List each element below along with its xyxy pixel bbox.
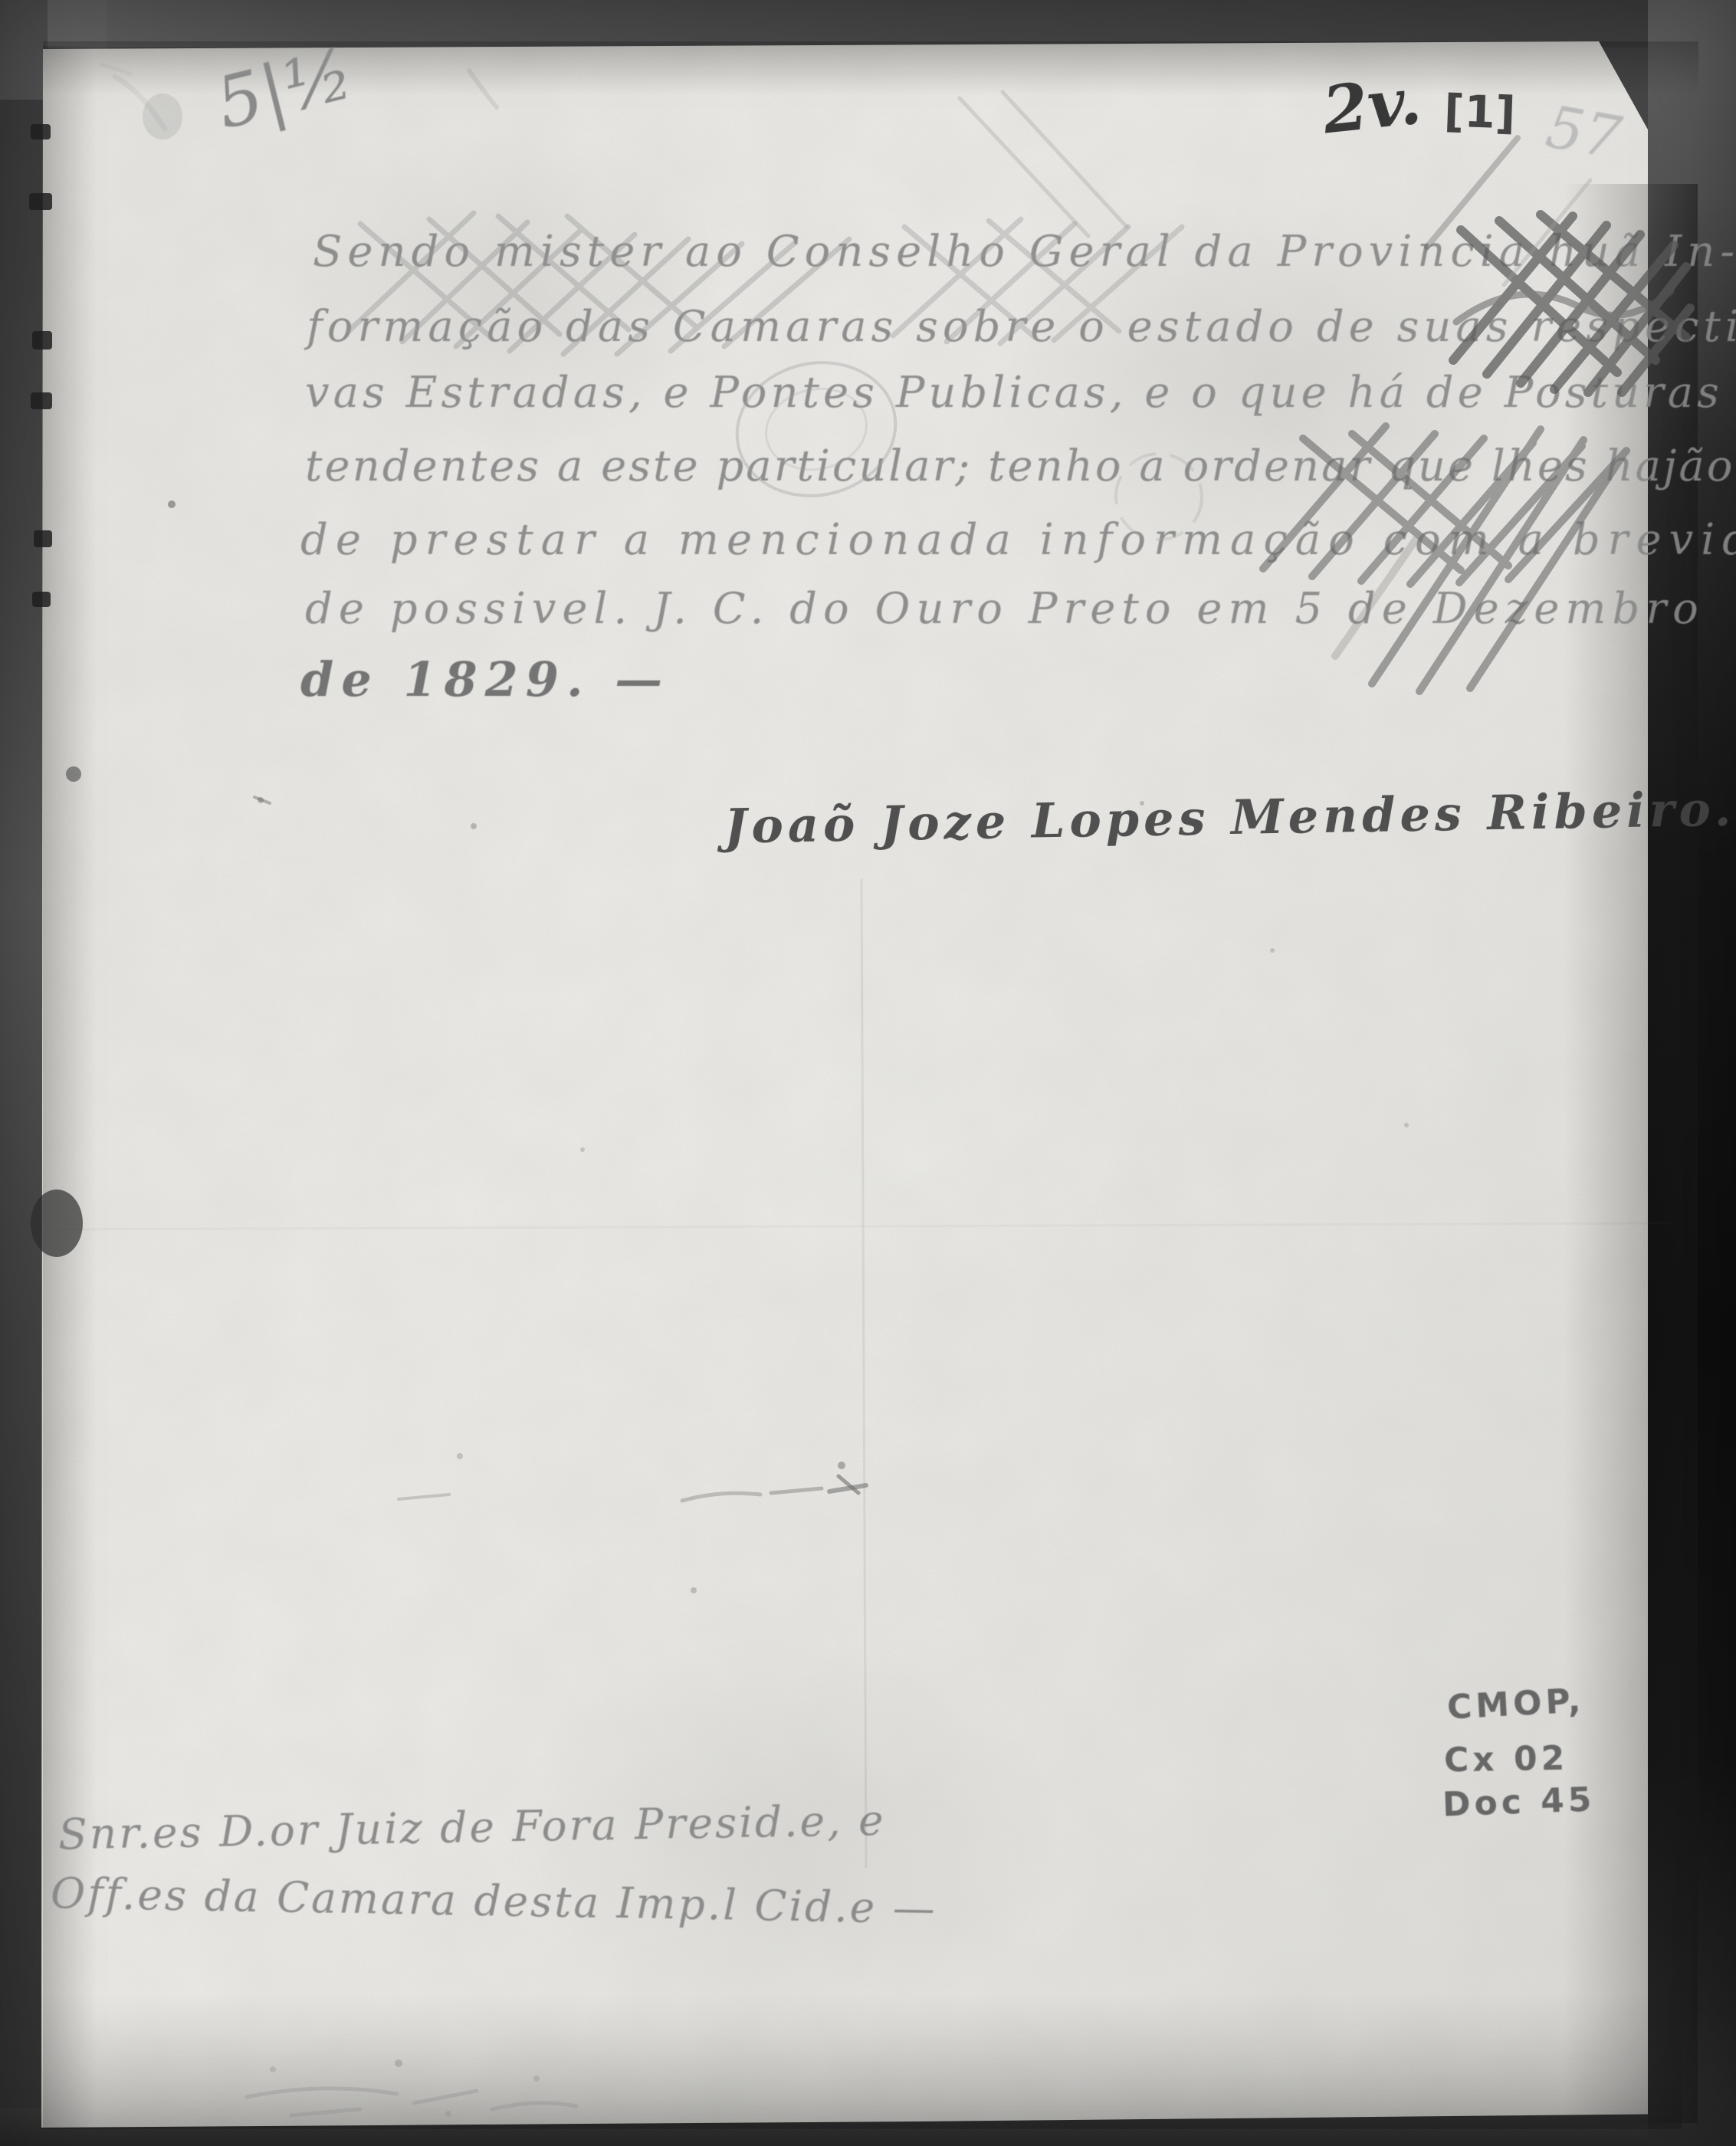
letter-body-line: de possivel. J. C. do Ouro Preto em 5 de… bbox=[305, 584, 1705, 634]
archive-reference-line: Cx 02 bbox=[1444, 1739, 1569, 1780]
scan-background-top bbox=[0, 0, 1736, 48]
page-marker-annotation: 2v. bbox=[1319, 63, 1425, 149]
letter-body-line: tendentes a este particular; tenho a ord… bbox=[305, 441, 1734, 491]
letter-body-line: vas Estradas, e Pontes Publicas, e o que… bbox=[305, 368, 1723, 418]
faint-page-number-annotation: 57 bbox=[1541, 92, 1626, 172]
scan-background-left bbox=[0, 0, 48, 2146]
letter-body-line: Sendo mister ao Conselho Geral da Provin… bbox=[313, 227, 1736, 277]
archive-reference-line: Doc 45 bbox=[1442, 1780, 1596, 1825]
frame-number-annotation: [1] bbox=[1443, 84, 1517, 139]
archive-reference-line: CMOP, bbox=[1446, 1681, 1586, 1727]
scanned-document-page: 5|½ 2v. [1] 57 Sendo mister ao Conselho … bbox=[0, 0, 1736, 2146]
letter-body-line: formação das Camaras sobre o estado de s… bbox=[307, 302, 1736, 352]
letter-body-line: de 1829. — bbox=[300, 651, 670, 707]
letter-body-line: de prestar a mencionada informação com a… bbox=[300, 515, 1736, 565]
